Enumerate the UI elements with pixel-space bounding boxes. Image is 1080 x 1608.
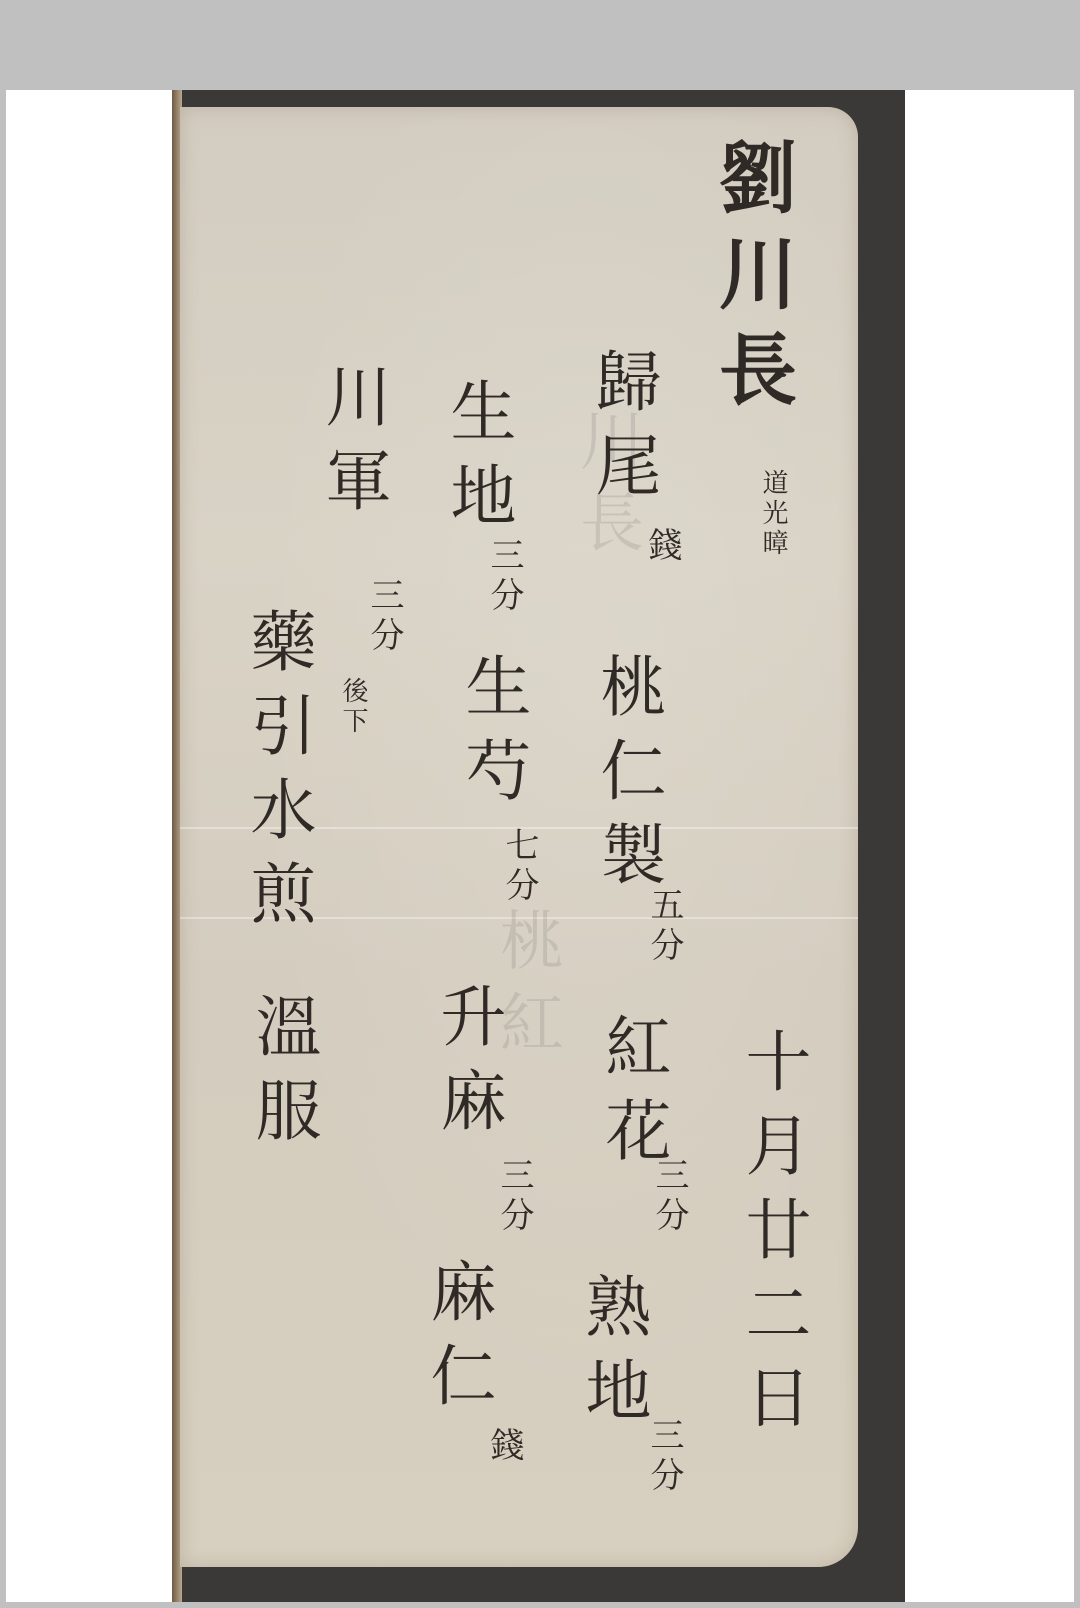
dosage-instruction: 溫服 <box>235 992 330 1160</box>
patient-name: 劉川長 <box>695 137 807 425</box>
herb-dose: 三分 <box>645 1157 694 1237</box>
herb-name: 生地 <box>430 377 525 545</box>
herb-name: 麻仁 <box>410 1257 505 1425</box>
scanned-page: 川長 桃紅 劉川長 道光暲 歸尾 錢 桃仁製 五分 紅花 三分 熟地 三分 生地… <box>172 90 905 1602</box>
herb-dose: 三分 <box>480 537 529 617</box>
herb-name: 紅花 <box>585 1012 680 1180</box>
herb-name: 生芍 <box>445 652 540 820</box>
herb-name: 川軍 <box>305 362 400 530</box>
image-viewer: 川長 桃紅 劉川長 道光暲 歸尾 錢 桃仁製 五分 紅花 三分 熟地 三分 生地… <box>6 90 1074 1602</box>
date: 十月廿二日 <box>725 1027 820 1447</box>
herb-dose: 三分 <box>640 1417 689 1497</box>
herb-name: 歸尾 <box>575 347 670 515</box>
annotation-right: 道光暲 <box>755 469 792 559</box>
herb-dose: 錢 <box>480 1427 529 1467</box>
herb-dose: 七分 <box>495 827 544 907</box>
herb-name: 桃仁製 <box>580 652 675 904</box>
herb-dose: 三分 <box>360 577 409 657</box>
herb-dose: 錢 <box>638 527 687 567</box>
manuscript-paper: 川長 桃紅 劉川長 道光暲 歸尾 錢 桃仁製 五分 紅花 三分 熟地 三分 生地… <box>180 107 858 1567</box>
preparation-instruction: 藥引水煎 <box>230 607 325 943</box>
herb-dose: 三分 <box>490 1157 539 1237</box>
herb-name: 升麻 <box>420 982 515 1150</box>
herb-name: 熟地 <box>565 1272 660 1440</box>
herb-dose: 五分 <box>640 887 689 967</box>
herb-note: 後下 <box>335 677 372 737</box>
